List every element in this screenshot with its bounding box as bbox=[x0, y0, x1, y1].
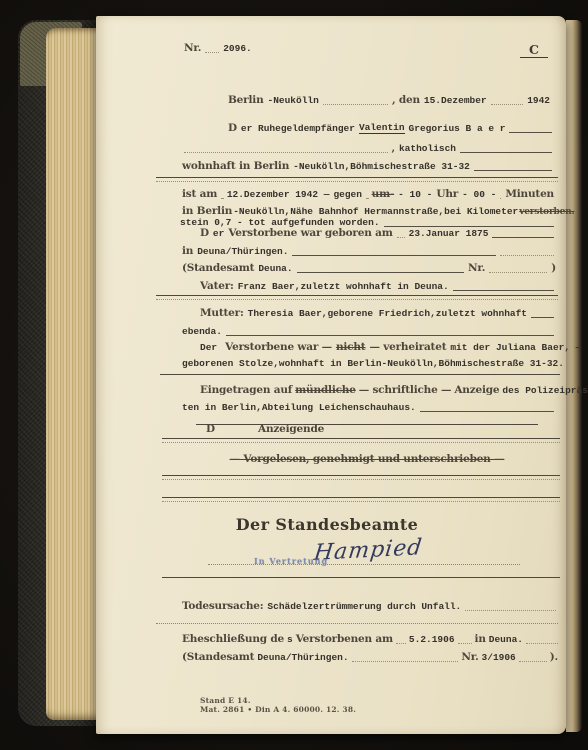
cause-of-death-row: Todesursache: Schädelzertrümmerung durch… bbox=[182, 600, 556, 612]
mother-row: Mutter: Theresia Baer,geborene Friedrich… bbox=[200, 307, 554, 319]
form-line bbox=[500, 188, 501, 199]
death-date-typed: 12.Dezember 1942 — bbox=[227, 189, 330, 200]
form-line bbox=[474, 160, 552, 171]
muendliche-struck: mündliche bbox=[295, 384, 356, 396]
form-line bbox=[458, 633, 472, 644]
form-line bbox=[453, 280, 554, 291]
verstorbenen-am-printed: Verstorbenen am bbox=[296, 633, 393, 645]
marriage-typed-b: mit der Juliana Baer, — bbox=[450, 342, 581, 353]
entry-row: Eingetragen auf mündliche — schriftliche… bbox=[200, 384, 558, 396]
standesamt2-typed: Deuna/Thüringen. bbox=[257, 652, 348, 663]
form-line bbox=[489, 262, 547, 273]
deceased-name-row: D er Ruhegeldempfänger Valentin Gregoriu… bbox=[228, 122, 552, 134]
birth-place-row: in Deuna/Thüringen. bbox=[182, 245, 554, 257]
form-line bbox=[384, 216, 554, 227]
form-line bbox=[500, 245, 554, 256]
uhr-printed: Uhr bbox=[436, 188, 458, 200]
form-line bbox=[396, 633, 406, 644]
vorgelesen-struck: — Vorgelesen, genehmigt und unterschrieb… bbox=[230, 453, 505, 465]
birth-date-typed: 23.Januar 1875 bbox=[409, 228, 489, 239]
paren2-printed: ). bbox=[550, 651, 558, 663]
place-date-row: Berlin -Neukölln , den 15.Dezember 1942 bbox=[228, 94, 550, 106]
hour-typed: - 10 - bbox=[398, 189, 432, 200]
section-rule bbox=[162, 438, 560, 443]
registry-row: (Standesamt Deuna. Nr. ) bbox=[182, 262, 556, 274]
nr-printed: Nr. bbox=[468, 262, 485, 274]
form-line bbox=[221, 188, 223, 199]
father-typed: Franz Baer,zuletzt wohnhaft in Deuna. bbox=[238, 281, 449, 292]
nr2-typed: 3/1906 bbox=[482, 652, 516, 663]
name-typed-b: Gregorius B a e r bbox=[409, 123, 506, 134]
form-line bbox=[397, 227, 405, 238]
form-line bbox=[465, 600, 556, 611]
form-line bbox=[509, 122, 552, 133]
paren-printed: ) bbox=[551, 262, 556, 274]
form-footer: Stand E 14. Mat. 2861 • Din A 4. 60000. … bbox=[200, 696, 356, 715]
entry-row-2: ten in Berlin,Abteilung Leichenschauhaus… bbox=[182, 401, 554, 413]
struck-reporter-row: D Anzeigende bbox=[196, 417, 538, 429]
record-number-row: Nr. 2096. bbox=[184, 42, 324, 54]
marriage-row-2: geborenen Stolze,wohnhaft in Berlin-Neuk… bbox=[182, 358, 558, 369]
marriage-row: Der Verstorbene war — nicht — verheirate… bbox=[200, 341, 554, 353]
registrar-signature: Hampied bbox=[313, 535, 424, 566]
minute-typed: - 00 - bbox=[462, 189, 496, 200]
religion-row: , katholisch bbox=[184, 142, 552, 154]
marriage-registry-row: Eheschließung de s Verstorbenen am 5.2.1… bbox=[182, 633, 558, 645]
standesamt-printed: (Standesamt bbox=[182, 262, 254, 274]
mother-row-2: ebenda. bbox=[182, 325, 554, 337]
nr2-printed: Nr. bbox=[461, 651, 478, 663]
record-number-value: 2096. bbox=[223, 43, 252, 54]
residence-typed: -Neukölln,Böhmischestraße 31-32 bbox=[293, 161, 470, 172]
section-rule bbox=[156, 295, 558, 300]
ehe-s-typed: s bbox=[287, 634, 293, 645]
section-rule bbox=[162, 475, 560, 480]
comma-printed: , bbox=[392, 142, 395, 154]
form-line bbox=[297, 262, 464, 273]
marriage-der-typed: Der bbox=[200, 342, 217, 353]
form-line bbox=[352, 651, 459, 662]
schriftliche-printed: — schriftliche — bbox=[359, 384, 452, 396]
name-typed-a: er Ruhegeldempfänger bbox=[241, 123, 355, 134]
birth-printed-d: D bbox=[200, 227, 209, 239]
um-struck: um- bbox=[372, 188, 395, 200]
section-rule bbox=[160, 374, 560, 375]
entry2-typed: ten in Berlin,Abteilung Leichenschauhaus… bbox=[182, 402, 416, 413]
name-printed-d: D bbox=[228, 122, 237, 134]
form-line bbox=[491, 94, 524, 105]
death-time-row: ist am 12.Dezember 1942 — gegen um- - 10… bbox=[182, 188, 554, 200]
section-rule bbox=[162, 497, 560, 502]
birth-typed-er: er bbox=[213, 228, 224, 239]
gegen-typed: gegen bbox=[333, 189, 362, 200]
residence-row: wohnhaft in Berlin -Neukölln,Böhmischest… bbox=[182, 160, 552, 172]
city-printed: Berlin bbox=[228, 94, 264, 106]
mother-typed: Theresia Baer,geborene Friedrich,zuletzt… bbox=[248, 308, 527, 319]
record-number-label: Nr. bbox=[184, 42, 201, 54]
eheschliessung-printed: Eheschließung de bbox=[182, 633, 284, 645]
form-line bbox=[460, 142, 552, 153]
anzeige-printed: Anzeige bbox=[454, 384, 499, 396]
form-line bbox=[519, 651, 547, 662]
year-typed: 1942 bbox=[527, 95, 550, 106]
date-typed: 15.Dezember bbox=[424, 95, 487, 106]
marriage-registry-row-2: (Standesamt Deuna/Thüringen. Nr. 3/1906 … bbox=[182, 651, 558, 663]
footer-line-1: Stand E 14. bbox=[200, 696, 356, 705]
page-fold-edge bbox=[566, 20, 582, 732]
footer-line-2: Mat. 2861 • Din A 4. 60000. 12. 38. bbox=[200, 705, 356, 714]
form-line bbox=[492, 227, 554, 238]
form-line bbox=[526, 633, 558, 644]
form-line bbox=[420, 401, 554, 412]
form-line bbox=[323, 94, 388, 105]
marriage-place-typed: Deuna. bbox=[489, 634, 523, 645]
minuten-printed: Minuten bbox=[505, 188, 554, 200]
todesursache-printed: Todesursache: bbox=[182, 600, 263, 612]
form-line bbox=[292, 245, 496, 256]
marriage-date-typed: 5.2.1906 bbox=[409, 634, 455, 645]
marriage-printed-b: — verheiratet bbox=[369, 341, 446, 353]
marriage-printed-a: Verstorbene war — bbox=[225, 341, 332, 353]
eingetragen-printed: Eingetragen auf bbox=[200, 384, 292, 396]
anzeigende-struck: Anzeigende bbox=[258, 423, 324, 435]
marriage2-typed: geborenen Stolze,wohnhaft in Berlin-Neuk… bbox=[182, 358, 564, 369]
standesamt2-printed: (Standesamt bbox=[182, 651, 254, 663]
registry-typed: Deuna. bbox=[258, 263, 292, 274]
dotted-rule bbox=[156, 623, 558, 624]
reporter-d-struck: D bbox=[206, 423, 215, 435]
cause-typed: Schädelzertrümmerung durch Unfall. bbox=[267, 601, 461, 612]
father-row: Vater: Franz Baer,zuletzt wohnhaft in De… bbox=[200, 280, 554, 292]
form-line bbox=[184, 142, 388, 153]
residence-printed: wohnhaft in Berlin bbox=[182, 160, 289, 172]
form-line bbox=[205, 42, 219, 53]
section-rule bbox=[156, 177, 558, 182]
form-line bbox=[366, 188, 368, 199]
section-rule bbox=[162, 577, 560, 578]
signature-line bbox=[208, 564, 520, 565]
religion-typed: katholisch bbox=[399, 143, 456, 154]
mutter-printed: Mutter: bbox=[200, 307, 244, 319]
in-printed: in bbox=[182, 245, 193, 257]
birth-row: D er Verstorbene war geboren am 23.Janua… bbox=[200, 227, 554, 239]
istam-printed: ist am bbox=[182, 188, 217, 200]
ehe-in-printed: in bbox=[475, 633, 486, 645]
corner-letter: C bbox=[520, 42, 548, 58]
first-name-underlined: Valentin bbox=[359, 122, 405, 134]
form-line bbox=[531, 307, 554, 318]
mother2-typed: ebenda. bbox=[182, 326, 222, 337]
nicht-struck: nicht bbox=[336, 341, 366, 353]
birth-place-typed: Deuna/Thüringen. bbox=[197, 246, 288, 257]
form-line bbox=[226, 325, 554, 336]
vater-printed: Vater: bbox=[200, 280, 234, 292]
den-printed: , den bbox=[392, 94, 420, 106]
photo-background: Nr. 2096. C Berlin -Neukölln , den 15.De… bbox=[0, 0, 588, 750]
registrar-title: Der Standesbeamte bbox=[182, 515, 472, 534]
entry-typed: des Polizeipräsiden- bbox=[502, 385, 588, 396]
city-typed: -Neukölln bbox=[268, 95, 319, 106]
struck-approved-row: — Vorgelesen, genehmigt und unterschrieb… bbox=[182, 453, 552, 465]
document-page: Nr. 2096. C Berlin -Neukölln , den 15.De… bbox=[96, 16, 566, 734]
birth-printed: Verstorbene war geboren am bbox=[228, 227, 392, 239]
